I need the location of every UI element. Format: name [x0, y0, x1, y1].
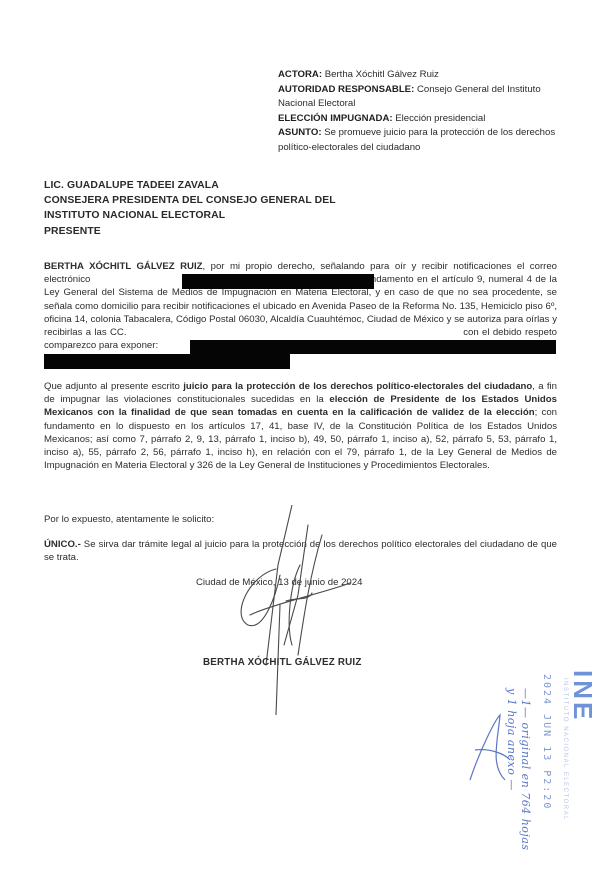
- signer-name: BERTHA XÓCHITL GÁLVEZ RUIZ: [203, 657, 362, 668]
- addressee-presente: PRESENTE: [44, 224, 374, 239]
- stamp-institution: INSTITUTO NACIONAL ELECTORAL: [562, 678, 568, 821]
- redaction-email: [182, 274, 374, 289]
- redaction-names-1: [190, 340, 556, 354]
- actora-line: ACTORA: Bertha Xóchitl Gálvez Ruiz: [278, 68, 563, 83]
- eleccion-line: ELECCIÓN IMPUGNADA: Elección presidencia…: [278, 112, 563, 127]
- stamp-initials-icon: [460, 710, 520, 790]
- ine-reception-stamp: INE INSTITUTO NACIONAL ELECTORAL 2024 JU…: [420, 650, 600, 883]
- handwritten-signature-icon: [180, 505, 420, 715]
- addressee-institution: INSTITUTO NACIONAL ELECTORAL: [44, 208, 374, 223]
- redaction-names-2: [44, 354, 290, 369]
- addressee-name: LIC. GUADALUPE TADEEI ZAVALA: [44, 178, 374, 193]
- addressee-title: CONSEJERA PRESIDENTA DEL CONSEJO GENERAL…: [44, 193, 374, 208]
- stamp-date: 2024 JUN 13 P2:20: [541, 674, 552, 810]
- petitioner-name: BERTHA XÓCHITL GÁLVEZ RUIZ: [44, 261, 203, 272]
- addressee-block: LIC. GUADALUPE TADEEI ZAVALA CONSEJERA P…: [44, 178, 374, 239]
- stamp-handwritten-note-1: —1— original en 764 hojas: [519, 688, 532, 851]
- case-header: ACTORA: Bertha Xóchitl Gálvez Ruiz AUTOR…: [278, 68, 563, 156]
- asunto-line: ASUNTO: Se promueve juicio para la prote…: [278, 126, 563, 155]
- ine-logo-icon: INE: [567, 670, 598, 722]
- main-paragraph: Que adjunto al presente escrito juicio p…: [44, 380, 557, 472]
- autoridad-line: AUTORIDAD RESPONSABLE: Consejo General d…: [278, 83, 563, 112]
